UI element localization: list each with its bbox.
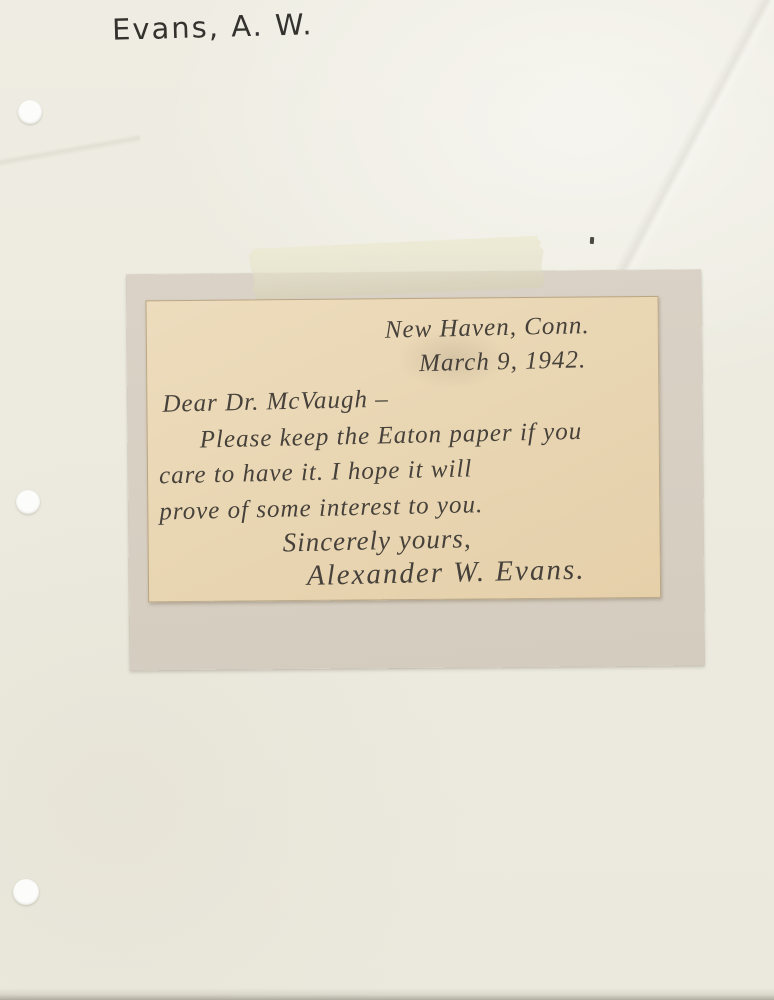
card-body-line: Please keep the Eaton paper if you — [199, 418, 582, 455]
note-card: New Haven, Conn. March 9, 1942. Dear Dr.… — [146, 296, 662, 602]
paper-crease — [600, 0, 774, 300]
page-bottom-edge-shadow — [0, 988, 774, 1000]
paper-crease — [0, 120, 140, 180]
card-place-line: New Haven, Conn. — [384, 312, 589, 345]
card-body-line: care to have it. I hope it will — [159, 455, 473, 490]
card-signature: Alexander W. Evans. — [307, 554, 586, 593]
ink-speck — [590, 237, 594, 244]
backing-mat: New Haven, Conn. March 9, 1942. Dear Dr.… — [126, 269, 704, 670]
card-body-line: prove of some interest to you. — [159, 491, 483, 526]
punch-hole — [16, 490, 40, 514]
adhesive-tape — [248, 235, 545, 300]
card-salutation: Dear Dr. McVaugh – — [162, 386, 389, 419]
punch-hole — [13, 879, 39, 905]
scanned-page: Evans, A. W. New Haven, Conn. March 9, 1… — [0, 0, 774, 1000]
page-header-handwriting: Evans, A. W. — [112, 7, 314, 47]
punch-hole — [18, 100, 42, 124]
card-date-line: March 9, 1942. — [419, 346, 587, 378]
card-closing: Sincerely yours, — [282, 523, 472, 558]
